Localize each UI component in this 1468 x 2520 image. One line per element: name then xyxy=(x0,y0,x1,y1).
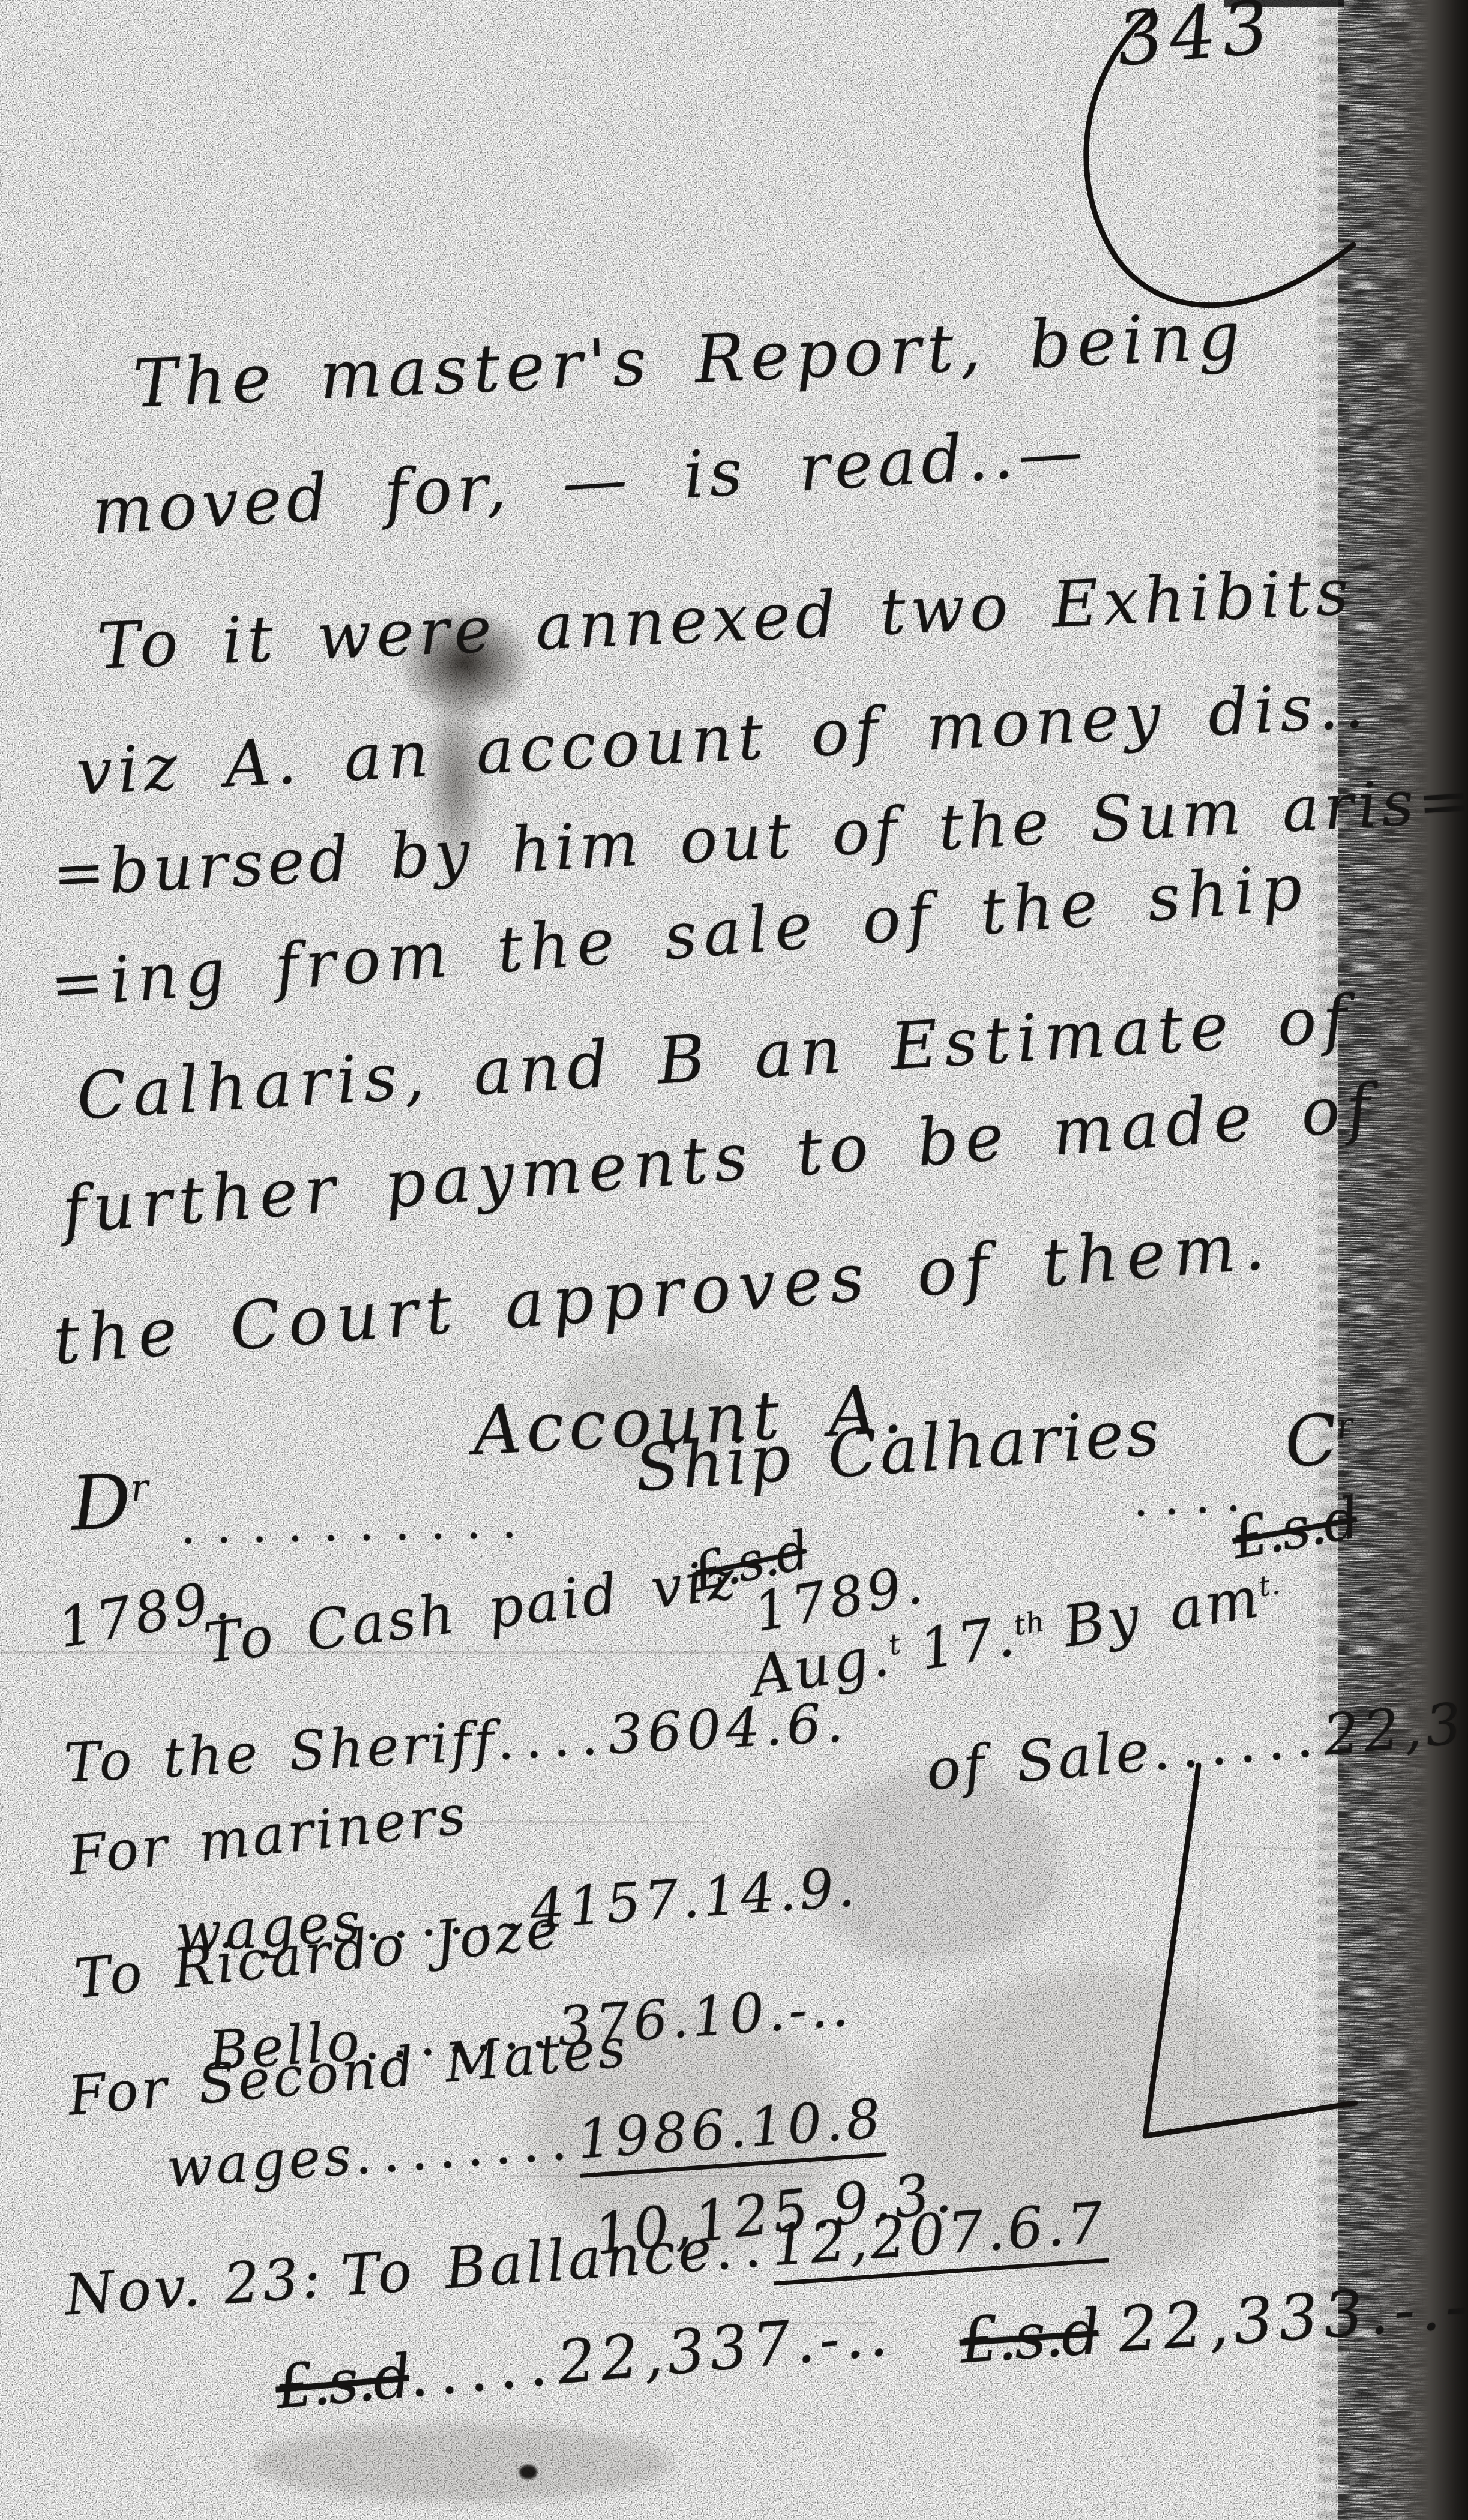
leader-dots: ........ xyxy=(352,2108,579,2187)
page-number: 343 xyxy=(1114,0,1278,77)
manuscript-line: the Court approves of them. xyxy=(51,1212,1275,1373)
credit-abbr-sup: r xyxy=(1334,1405,1355,1447)
entry-label-cont: wages xyxy=(164,2124,356,2200)
manuscript-line: The master's Report, being xyxy=(132,302,1247,417)
credit-abbr: Cr xyxy=(1281,1403,1358,1479)
debit-abbr-sup: r xyxy=(129,1465,150,1510)
debit-total-row: £.s.d.....22,337.-.. xyxy=(273,2304,894,2417)
leader-dots: ...... xyxy=(1149,1703,1326,1784)
debit-total-amount: 22,337.-.. xyxy=(555,2299,895,2398)
manuscript-line: moved for, — is read..— xyxy=(90,419,1089,545)
debit-abbr: Dr xyxy=(69,1463,151,1542)
leader-dots: ..... xyxy=(406,2328,561,2411)
entry-amount: 4157.14.9. xyxy=(528,1856,860,1942)
entry-label: For mariners xyxy=(66,1788,471,1883)
credit-abbr-base: C xyxy=(1281,1399,1342,1484)
ink-spot xyxy=(519,2465,537,2479)
currency-mark: £.s.d xyxy=(272,2341,412,2423)
entry-amount-underlined: 1986.10.8 xyxy=(575,2087,886,2177)
leader-dots: .... xyxy=(495,1704,610,1773)
debit-row: To the Sheriff....3604.6. xyxy=(63,1696,849,1791)
balance-date: Nov. 23: xyxy=(62,2245,325,2329)
leader-dots: .. xyxy=(712,2214,774,2283)
debit-intro: To Cash paid viz xyxy=(201,1552,741,1672)
debit-abbr-base: D xyxy=(68,1458,133,1548)
balance-label: To Ballance xyxy=(339,2218,717,2309)
leader-dots: .......... xyxy=(180,1497,538,1551)
entry-label: of Sale xyxy=(924,1718,1154,1803)
credit-day: 17. xyxy=(915,1603,1021,1683)
credit-by-sup: t. xyxy=(1256,1568,1283,1604)
credit-by: By am xyxy=(1059,1565,1265,1660)
faint-box-mark xyxy=(1193,1845,1383,2104)
manuscript-page: 343 The master's Report, being moved for… xyxy=(0,0,1468,2520)
entry-label: To the Sheriff xyxy=(63,1709,499,1795)
currency-mark: £.s.d xyxy=(957,2295,1101,2378)
binding-mottle xyxy=(1318,0,1396,2520)
credit-day-sup: th xyxy=(1012,1605,1047,1642)
balance-row: Nov. 23: To Ballance..12,207.6.7 xyxy=(63,2195,1108,2324)
manuscript-line: To it were annexed two Exhibits xyxy=(96,560,1355,679)
bottom-smudge xyxy=(252,2424,672,2502)
entry-amount: 3604.6. xyxy=(607,1691,849,1767)
